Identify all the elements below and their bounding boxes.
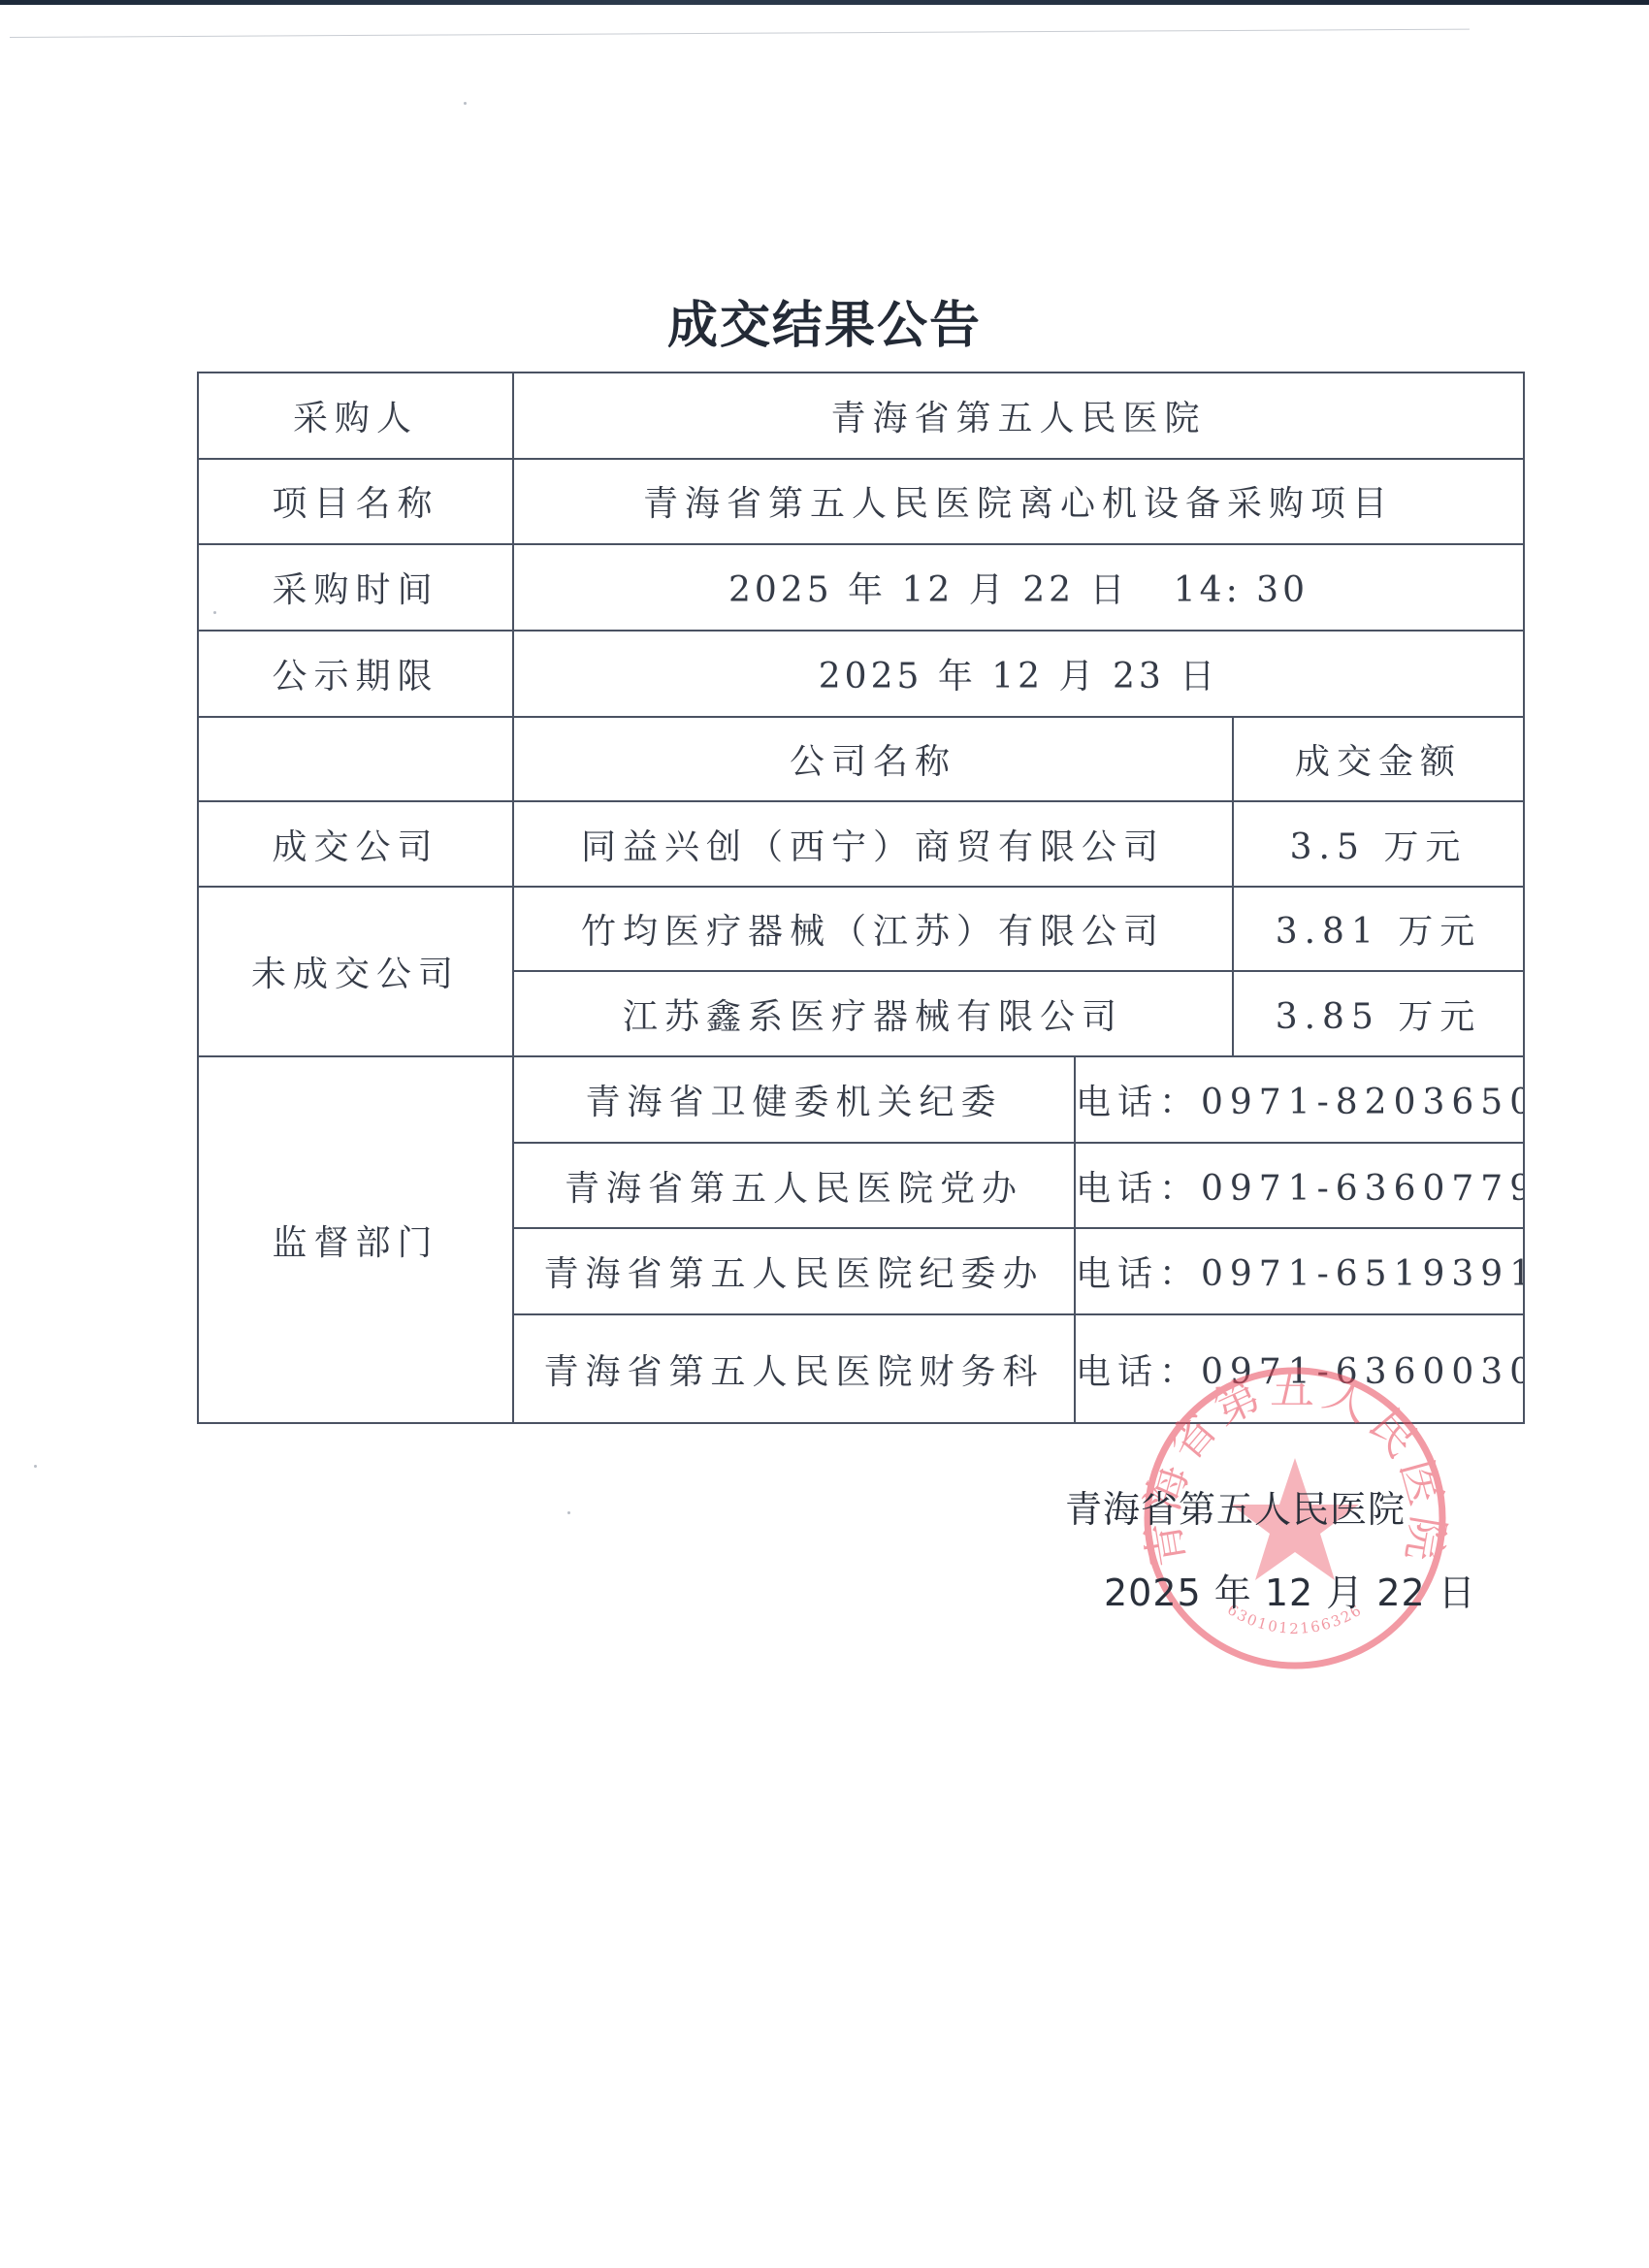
info-row-publicity: 公示期限 2025 年 12 月 23 日: [198, 631, 1524, 717]
supervision-dept: 青海省卫健委机关纪委: [513, 1056, 1075, 1143]
supervision-phone: 电话：0971-6519391: [1075, 1228, 1524, 1314]
loser-company-name: 江苏鑫系医疗器械有限公司: [513, 971, 1233, 1056]
publicity-deadline-value: 2025 年 12 月 23 日: [513, 631, 1524, 717]
scan-artifact-line: [10, 29, 1470, 38]
info-row-purchase-time: 采购时间 2025 年 12 月 22 日 14: 30: [198, 544, 1524, 631]
scan-edge: [0, 0, 1649, 5]
row-label: 项目名称: [198, 459, 513, 545]
supervision-dept: 青海省第五人民医院党办: [513, 1143, 1075, 1229]
supervision-phone: 电话：0971-6360779: [1075, 1143, 1524, 1229]
loser-company-name: 竹均医疗器械（江苏）有限公司: [513, 887, 1233, 972]
row-label: 采购时间: [198, 544, 513, 631]
winner-row: 成交公司 同益兴创（西宁）商贸有限公司 3.5 万元: [198, 801, 1524, 887]
result-table: 采购人 青海省第五人民医院 项目名称 青海省第五人民医院离心机设备采购项目 采购…: [197, 372, 1525, 1424]
loser-row: 未成交公司 竹均医疗器械（江苏）有限公司 3.81 万元: [198, 887, 1524, 972]
row-label: 公示期限: [198, 631, 513, 717]
signature-date: 2025 年 12 月 22 日: [1104, 1563, 1476, 1616]
column-header-amount: 成交金额: [1233, 717, 1524, 802]
winner-company-name: 同益兴创（西宁）商贸有限公司: [513, 801, 1233, 887]
scan-speck: [34, 1465, 37, 1468]
column-header-company-name: 公司名称: [513, 717, 1233, 802]
scan-speck: [567, 1511, 570, 1514]
page-title: 成交结果公告: [0, 284, 1649, 357]
purchase-time-value: 2025 年 12 月 22 日 14: 30: [513, 544, 1524, 631]
purchaser-value: 青海省第五人民医院: [513, 373, 1524, 459]
signature-organization: 青海省第五人民医院: [1065, 1479, 1406, 1533]
winner-amount: 3.5 万元: [1233, 801, 1524, 887]
info-row-purchaser: 采购人 青海省第五人民医院: [198, 373, 1524, 459]
supervision-dept: 青海省第五人民医院财务科: [513, 1314, 1075, 1423]
row-label: 未成交公司: [198, 887, 513, 1056]
empty-header-cell: [198, 717, 513, 802]
info-row-project: 项目名称 青海省第五人民医院离心机设备采购项目: [198, 459, 1524, 545]
row-label: 监督部门: [198, 1056, 513, 1423]
supervision-row: 监督部门 青海省卫健委机关纪委 电话：0971-8203650: [198, 1056, 1524, 1143]
row-label: 成交公司: [198, 801, 513, 887]
supervision-phone: 电话：0971-6360030: [1075, 1314, 1524, 1423]
loser-amount: 3.81 万元: [1233, 887, 1524, 972]
supervision-dept: 青海省第五人民医院纪委办: [513, 1228, 1075, 1314]
loser-amount: 3.85 万元: [1233, 971, 1524, 1056]
row-label: 采购人: [198, 373, 513, 459]
project-name-value: 青海省第五人民医院离心机设备采购项目: [513, 459, 1524, 545]
supervision-phone: 电话：0971-8203650: [1075, 1056, 1524, 1143]
scan-speck: [464, 102, 467, 105]
company-header-row: 公司名称 成交金额: [198, 717, 1524, 802]
